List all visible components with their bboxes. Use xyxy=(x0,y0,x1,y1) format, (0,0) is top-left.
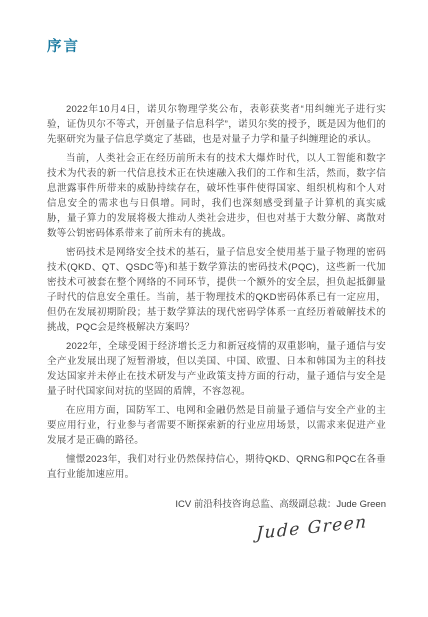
preface-paragraph: 2022年，全球受困于经济增长乏力和新冠疫情的双重影响，量子通信与安全产业发展出… xyxy=(47,339,386,399)
preface-paragraph: 密码技术是网络安全技术的基石，量子信息安全使用基于量子物理的密码技术(QKD、Q… xyxy=(47,245,386,335)
preface-paragraph: 2022年10月4日，诺贝尔物理学奖公布，表彰获奖者“用纠缠光子进行实验，证伪贝… xyxy=(47,102,386,147)
preface-body: 2022年10月4日，诺贝尔物理学奖公布，表彰获奖者“用纠缠光子进行实验，证伪贝… xyxy=(47,102,386,482)
attribution-line: ICV 前沿科技咨询总监、高级副总裁：Jude Green xyxy=(47,497,386,512)
preface-paragraph: 憧憬2023年，我们对行业仍然保持信心，期待QKD、QRNG和PQC在各垂直行业… xyxy=(47,452,386,482)
preface-paragraph: 在应用方面，国防军工、电网和金融仍然是目前量子通信与安全产业的主要应用行业，行业… xyxy=(47,403,386,448)
signature-block: Jude Green xyxy=(47,518,386,538)
signature: Jude Green xyxy=(256,512,368,544)
preface-paragraph: 当前，人类社会正在经历前所未有的技术大爆炸时代，以人工智能和数字技术为代表的新一… xyxy=(47,151,386,241)
preface-title: 序言 xyxy=(47,38,386,57)
preface-page: 序言 2022年10月4日，诺贝尔物理学奖公布，表彰获奖者“用纠缠光子进行实验，… xyxy=(0,0,428,617)
